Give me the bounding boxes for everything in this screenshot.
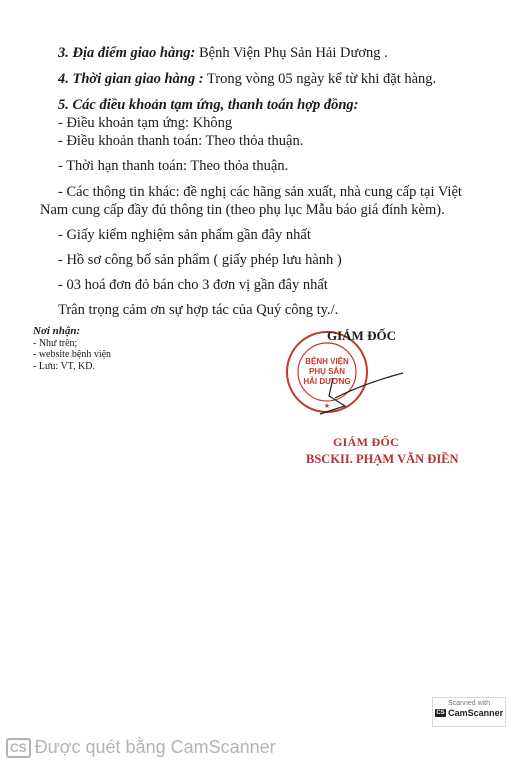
term-invoices: - 03 hoá đơn đỏ bán cho 3 đơn vị gần đây… xyxy=(58,276,328,294)
delivery-location-value: Bệnh Viện Phụ Sản Hải Dương . xyxy=(195,45,387,61)
director-title: GIÁM ĐỐC xyxy=(333,435,399,450)
camscanner-footer-text: Được quét bằng CamScanner xyxy=(35,737,276,758)
term-payment: - Điều khoản thanh toán: Theo thỏa thuận… xyxy=(58,132,303,150)
camscanner-brand-text: CamScanner xyxy=(448,708,503,718)
term-other-info-cont: Nam cung cấp đầy đủ thông tin (theo phụ … xyxy=(40,201,445,219)
svg-text:BỆNH VIỆN: BỆNH VIỆN xyxy=(305,357,349,366)
director-name: BSCKII. PHẠM VĂN ĐIỀN xyxy=(306,452,459,467)
term-test-certificate: - Giấy kiểm nghiệm sản phẩm gần đây nhất xyxy=(58,226,311,244)
delivery-time-label: 4. Thời gian giao hàng : xyxy=(58,71,204,87)
delivery-time-value: Trong vòng 05 ngày kể từ khi đặt hàng. xyxy=(204,71,437,87)
director-title-top: GIÁM ĐỐC xyxy=(327,328,396,344)
payment-terms-heading: 5. Các điều khoản tạm ứng, thanh toán hợ… xyxy=(58,96,359,114)
scanned-with-label: Scanned with xyxy=(433,700,505,707)
camscanner-footer: CS Được quét bằng CamScanner xyxy=(6,737,276,758)
recipient-line: - website bệnh viện xyxy=(33,349,111,361)
camscanner-badge: Scanned with CS CamScanner xyxy=(432,697,506,727)
term-advance: - Điều khoản tạm ứng: Không xyxy=(58,114,232,132)
closing-thanks: Trân trọng cảm ơn sự hợp tác của Quý côn… xyxy=(58,301,338,319)
term-other-info: - Các thông tin khác: đề nghị các hãng s… xyxy=(58,183,462,201)
term-payment-deadline: - Thời hạn thanh toán: Theo thỏa thuận. xyxy=(58,157,288,175)
recipient-line: - Như trên; xyxy=(33,338,111,350)
delivery-time: 4. Thời gian giao hàng : Trong vòng 05 n… xyxy=(58,70,436,88)
camscanner-logo-icon: CS xyxy=(435,709,446,717)
badge-brand: CS CamScanner xyxy=(433,708,505,718)
delivery-location: 3. Địa điểm giao hàng: Bệnh Viện Phụ Sản… xyxy=(58,44,388,62)
recipient-line: - Lưu: VT, KD. xyxy=(33,361,111,373)
svg-text:HẢI DƯƠNG: HẢI DƯƠNG xyxy=(303,377,350,386)
svg-text:★: ★ xyxy=(324,402,330,410)
recipients-header: Nơi nhận: xyxy=(33,326,111,338)
svg-text:PHỤ SẢN: PHỤ SẢN xyxy=(309,367,345,376)
delivery-location-label: 3. Địa điểm giao hàng: xyxy=(58,45,195,61)
term-product-registration: - Hồ sơ công bố sản phẩm ( giấy phép lưu… xyxy=(58,251,342,269)
recipients-block: Nơi nhận: - Như trên; - website bệnh việ… xyxy=(33,326,111,372)
camscanner-footer-logo-icon: CS xyxy=(6,738,31,758)
